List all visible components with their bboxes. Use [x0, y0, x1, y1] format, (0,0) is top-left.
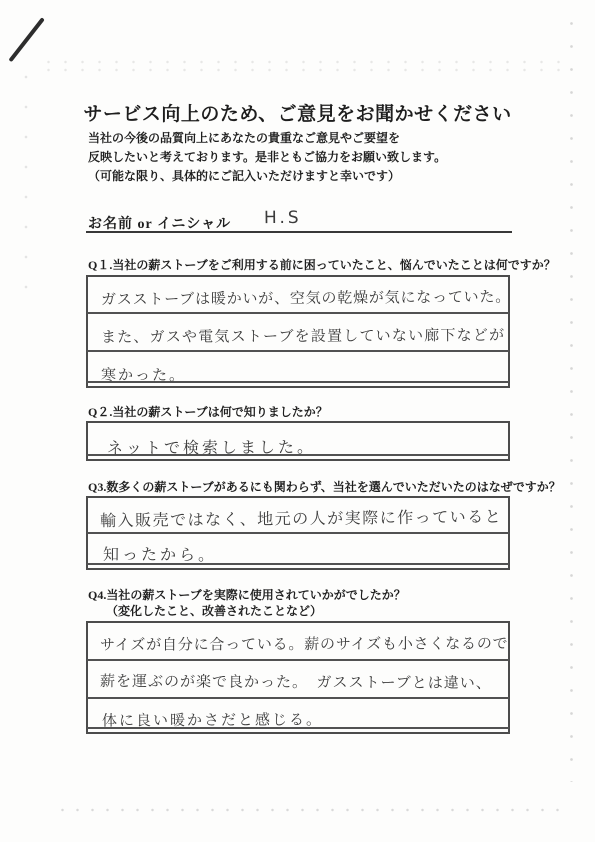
pen-slash-mark: [8, 17, 44, 62]
intro-paragraph: 当社の今後の品質向上にあなたの貴重なご意見やご要望を 反映したいと考えております…: [88, 129, 446, 186]
question-label-q3: Q3.数多くの薪ストーブがあるにも関わらず、当社を選んでいただいたのはなぜですか…: [88, 478, 561, 495]
ruled-line: [87, 659, 509, 661]
handwritten-answer-line: 薪を運ぶのが楽で良かった。 ガスストーブとは違い、: [100, 670, 492, 693]
answer-box-q3[interactable]: 輸入販売ではなく、地元の人が実際に作っていると 知ったから。: [86, 496, 510, 570]
handwritten-answer-line: また、ガスや電気ストーブを設置していない廊下などが: [101, 324, 505, 347]
question-label-q2: Q２.当社の薪ストーブは何で知りましたか？: [88, 403, 328, 420]
name-field-underline: [86, 231, 512, 233]
handwritten-answer-line: ガスストーブは暖かいが、空気の乾燥が気になっていた。: [101, 286, 511, 310]
answer-box-q4[interactable]: サイズが自分に合っている。薪のサイズも小さくなるので 薪を運ぶのが楽で良かった。…: [86, 621, 510, 734]
ruled-line: [87, 532, 509, 534]
handwritten-answer-line: 体に良い暖かさだと感じる。: [102, 708, 323, 730]
scan-noise-top: [40, 58, 560, 72]
scan-noise-bottom: [55, 807, 563, 813]
scanned-survey-page: サービス向上のため、ご意見をお聞かせください 当社の今後の品質向上にあなたの貴重…: [0, 0, 595, 842]
handwritten-answer-line: 輸入販売ではなく、地元の人が実際に作っていると: [100, 504, 502, 531]
answer-box-q1[interactable]: ガスストーブは暖かいが、空気の乾燥が気になっていた。 また、ガスや電気ストーブを…: [86, 275, 510, 388]
handwritten-answer-line: サイズが自分に合っている。薪のサイズも小さくなるので: [100, 632, 508, 654]
intro-line-2: 反映したいと考えております。是非ともご協力をお願い致します。: [88, 148, 446, 167]
scan-noise-left-margin: [22, 62, 30, 302]
name-field-label: お名前 or イニシャル: [88, 213, 231, 233]
intro-line-3: （可能な限り、具体的にご記入いただけますと幸いです）: [88, 167, 446, 186]
question-label-q4: Q4.当社の薪ストーブを実際に使用されていかがでしたか？: [88, 586, 406, 603]
question-label-q1: Q１.当社の薪ストーブをご利用する前に困っていたこと、悩んでいたことは何ですか？: [88, 256, 556, 273]
handwritten-answer-line: 寒かった。: [101, 364, 186, 386]
handwritten-answer-line: 知ったから。: [103, 542, 217, 566]
handwritten-answer-line: ネットで検索しました。: [107, 434, 316, 458]
question-note-q4: （変化したこと、改善されたことなど）: [106, 602, 322, 619]
page-title: サービス向上のため、ご意見をお聞かせください: [0, 99, 595, 126]
scan-noise-right-margin: [567, 12, 579, 782]
ruled-line: [87, 312, 509, 314]
name-field-value[interactable]: H.S: [264, 208, 302, 228]
intro-line-1: 当社の今後の品質向上にあなたの貴重なご意見やご要望を: [88, 129, 446, 148]
ruled-line: [87, 697, 509, 699]
answer-box-q2[interactable]: ネットで検索しました。: [86, 421, 510, 461]
ruled-line: [87, 350, 509, 352]
